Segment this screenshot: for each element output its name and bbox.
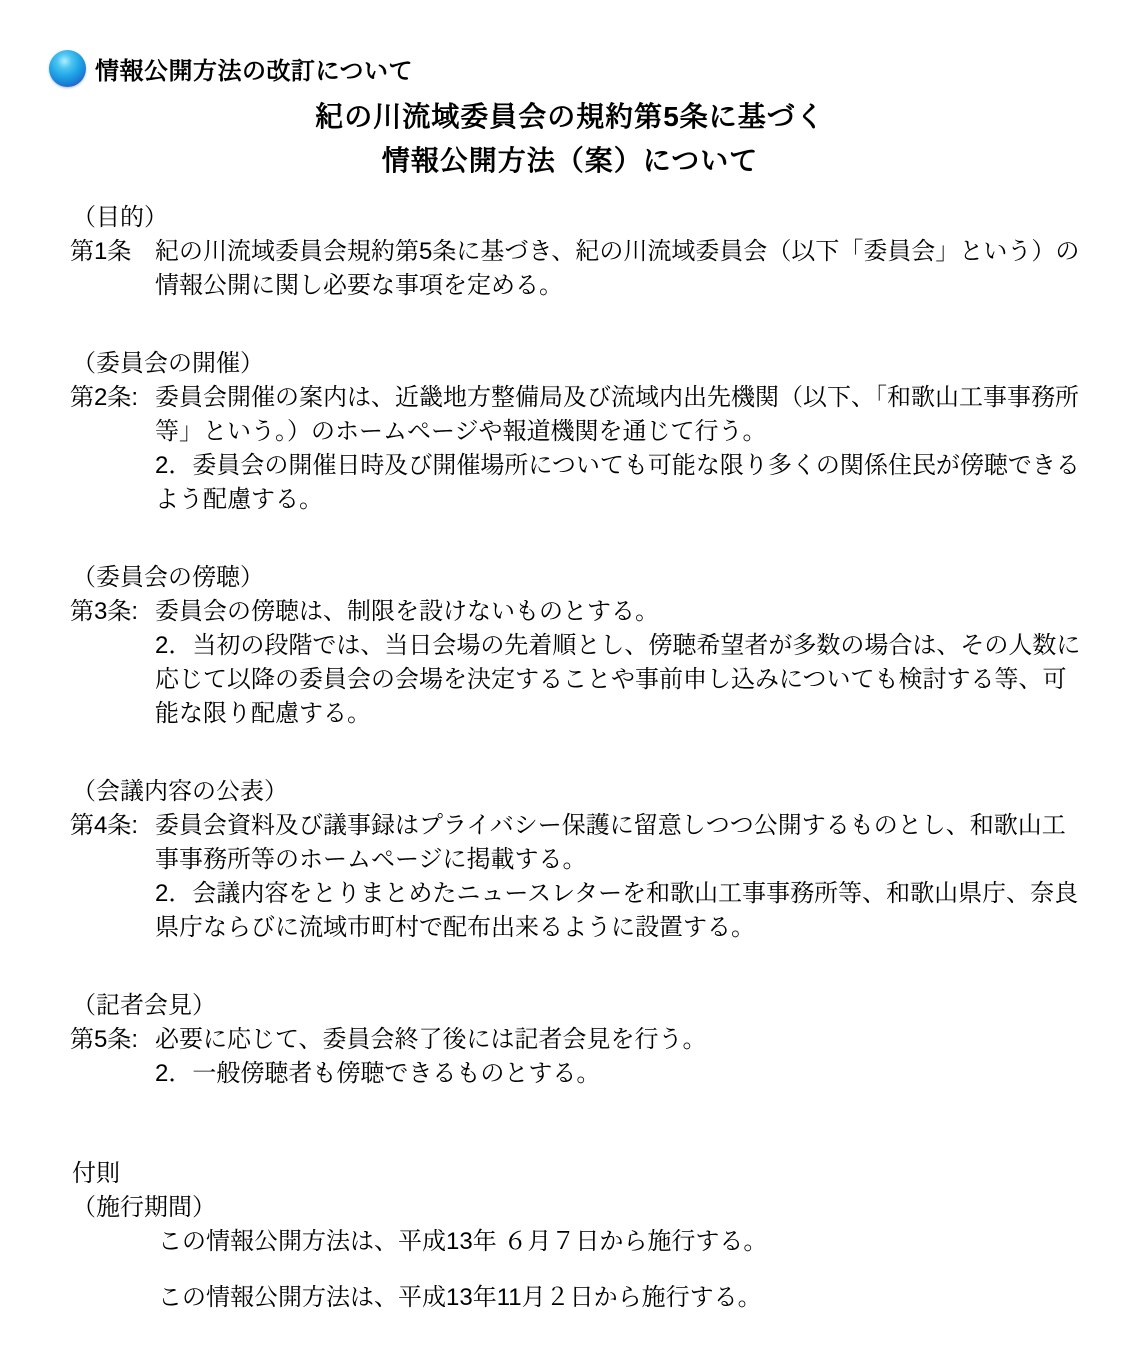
article-3: 第3条: 委員会の傍聴は、制限を設けないものとする。 2．当初の段階では、当日会… xyxy=(0,595,1140,731)
section-heading: （委員会の開催） xyxy=(72,347,1140,381)
article-body: 必要に応じて、委員会終了後には記者会見を行う。 2．一般傍聴者も傍聴できるものと… xyxy=(155,1023,1085,1091)
article-body: 委員会資料及び議事録はプライバシー保護に留意しつつ公開するものとし、和歌山工事事… xyxy=(155,809,1085,945)
section-heading: （会議内容の公表） xyxy=(72,775,1140,809)
section-observation: （委員会の傍聴） 第3条: 委員会の傍聴は、制限を設けないものとする。 2．当初… xyxy=(0,561,1140,731)
article-paragraph: 委員会開催の案内は、近畿地方整備局及び流域内出先機関（以下、「和歌山工事事務所等… xyxy=(155,381,1085,449)
article-body: 紀の川流域委員会規約第5条に基づき、紀の川流域委員会（以下「委員会」という）の情… xyxy=(155,235,1085,303)
enforcement-date-line: この情報公開方法は、平成13年11月２日から施行する。 xyxy=(158,1281,1140,1315)
article-5: 第5条: 必要に応じて、委員会終了後には記者会見を行う。 2．一般傍聴者も傍聴で… xyxy=(0,1023,1140,1091)
article-paragraph: 2．委員会の開催日時及び開催場所についても可能な限り多くの関係住民が傍聴できるよ… xyxy=(155,449,1085,517)
article-label: 第4条: xyxy=(70,809,155,843)
article-body: 委員会の傍聴は、制限を設けないものとする。 2．当初の段階では、当日会場の先着順… xyxy=(155,595,1085,731)
section-heading: （目的） xyxy=(72,201,1140,235)
article-paragraph: 2．当初の段階では、当日会場の先着順とし、傍聴希望者が多数の場合は、その人数に応… xyxy=(155,629,1085,731)
article-paragraph: 紀の川流域委員会規約第5条に基づき、紀の川流域委員会（以下「委員会」という）の情… xyxy=(155,235,1085,303)
section-meetings: （委員会の開催） 第2条: 委員会開催の案内は、近畿地方整備局及び流域内出先機関… xyxy=(0,347,1140,517)
article-paragraph: 2．一般傍聴者も傍聴できるものとする。 xyxy=(155,1057,1085,1091)
enforcement-date-line: この情報公開方法は、平成13年 ６月７日から施行する。 xyxy=(158,1225,1140,1259)
doc-title-line2: 情報公開方法（案）について xyxy=(0,139,1140,183)
article-label: 第5条: xyxy=(70,1023,155,1057)
article-body: 委員会開催の案内は、近畿地方整備局及び流域内出先機関（以下、「和歌山工事事務所等… xyxy=(155,381,1085,517)
article-4: 第4条: 委員会資料及び議事録はプライバシー保護に留意しつつ公開するものとし、和… xyxy=(0,809,1140,945)
article-paragraph: 必要に応じて、委員会終了後には記者会見を行う。 xyxy=(155,1023,1085,1057)
appendix-title: 付則 xyxy=(72,1157,1140,1191)
appendix: 付則 （施行期間） この情報公開方法は、平成13年 ６月７日から施行する。 この… xyxy=(0,1157,1140,1315)
appendix-heading: （施行期間） xyxy=(72,1191,1140,1225)
article-label: 第3条: xyxy=(70,595,155,629)
article-paragraph: 2．会議内容をとりまとめたニュースレターを和歌山工事事務所等、和歌山県庁、奈良県… xyxy=(155,877,1085,945)
section-press-conference: （記者会見） 第5条: 必要に応じて、委員会終了後には記者会見を行う。 2．一般… xyxy=(0,989,1140,1091)
section-heading: （委員会の傍聴） xyxy=(72,561,1140,595)
doc-header: 情報公開方法の改訂について xyxy=(49,0,1140,87)
article-paragraph: 委員会の傍聴は、制限を設けないものとする。 xyxy=(155,595,1085,629)
doc-header-title: 情報公開方法の改訂について xyxy=(95,51,413,86)
article-2: 第2条: 委員会開催の案内は、近畿地方整備局及び流域内出先機関（以下、「和歌山工… xyxy=(0,381,1140,517)
article-label: 第1条 xyxy=(70,235,155,269)
doc-title: 紀の川流域委員会の規約第5条に基づく 情報公開方法（案）について xyxy=(0,95,1140,183)
section-purpose: （目的） 第1条 紀の川流域委員会規約第5条に基づき、紀の川流域委員会（以下「委… xyxy=(0,201,1140,303)
document-page: 情報公開方法の改訂について 紀の川流域委員会の規約第5条に基づく 情報公開方法（… xyxy=(0,0,1140,1346)
article-paragraph: 委員会資料及び議事録はプライバシー保護に留意しつつ公開するものとし、和歌山工事事… xyxy=(155,809,1085,877)
doc-title-line1: 紀の川流域委員会の規約第5条に基づく xyxy=(0,95,1140,139)
section-heading: （記者会見） xyxy=(72,989,1140,1023)
article-1: 第1条 紀の川流域委員会規約第5条に基づき、紀の川流域委員会（以下「委員会」とい… xyxy=(0,235,1140,303)
blue-sphere-bullet-icon xyxy=(49,50,86,87)
article-label: 第2条: xyxy=(70,381,155,415)
section-publication: （会議内容の公表） 第4条: 委員会資料及び議事録はプライバシー保護に留意しつつ… xyxy=(0,775,1140,945)
